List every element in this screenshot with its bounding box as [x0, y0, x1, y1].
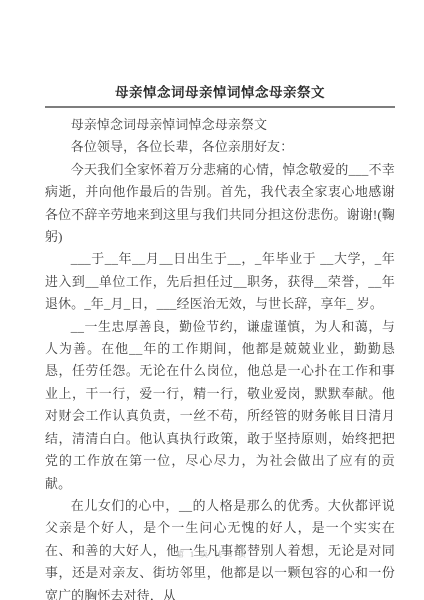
page-title: 母亲悼念词母亲悼词悼念母亲祭文: [45, 84, 395, 101]
document-content: 母亲悼念词母亲悼词悼念母亲祭文 母亲悼念词母亲悼词悼念母亲祭文 各位领导，各位长…: [45, 84, 395, 600]
document-page: 母亲悼念词母亲悼词悼念母亲祭文 母亲悼念词母亲悼词悼念母亲祭文 各位领导，各位长…: [0, 0, 424, 600]
paragraph: __一生忠厚善良，勤俭节约，谦虚谨慎，为人和蔼，与人为善。在他__年的工作期间，…: [45, 316, 395, 495]
page-footer: 第 1 页 共 8 页: [0, 544, 424, 562]
paragraph: 各位领导，各位长辈，各位亲朋好友：: [45, 136, 395, 158]
paragraph: 今天我们全家怀着万分悲痛的心情，悼念敬爱的___不幸病逝，并向他作最后的告别。首…: [45, 159, 395, 249]
document-body: 母亲悼念词母亲悼词悼念母亲祭文 各位领导，各位长辈，各位亲朋好友： 今天我们全家…: [45, 114, 395, 600]
paragraph: 母亲悼念词母亲悼词悼念母亲祭文: [45, 114, 395, 136]
title-divider: [45, 106, 395, 108]
paragraph: ___于__年__月__日出生于__，_年毕业于 __大学，_年进入到__单位工…: [45, 248, 395, 315]
page-number: 第 1 页 共 8 页: [176, 550, 248, 559]
